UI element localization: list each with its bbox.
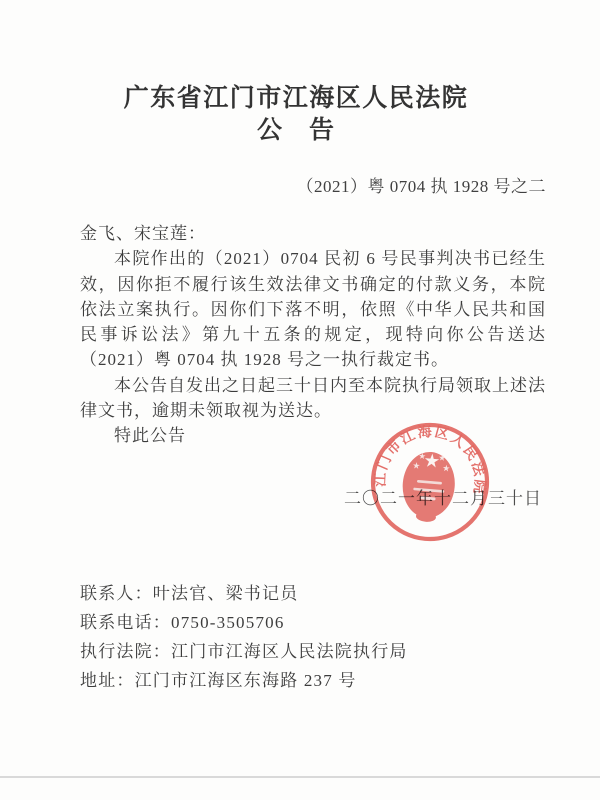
contact-phone-line: 联系电话：0750-3505706	[80, 608, 550, 637]
official-court-seal: 江门市江海区人民法院	[364, 416, 496, 548]
court-name: 广东省江门市江海区人民法院	[0, 84, 592, 114]
contact-block: 联系人：叶法官、梁书记员 联系电话：0750-3505706 执行法院：江门市江…	[80, 579, 550, 695]
announcement-title: 公 告	[0, 116, 592, 146]
body-paragraph-1: 本院作出的（2021）0704 民初 6 号民事判决书已经生效，因你拒不履行该生…	[80, 246, 546, 372]
case-number: （2021）粤 0704 执 1928 号之二	[297, 172, 547, 197]
announcement-body: 金飞、宋宝莲： 本院作出的（2021）0704 民初 6 号民事判决书已经生效，…	[80, 221, 546, 449]
address-line: 地址：江门市江海区东海路 237 号	[80, 666, 550, 695]
national-emblem-icon	[400, 450, 458, 524]
scan-paper-edge	[0, 776, 600, 778]
document-header: 广东省江门市江海区人民法院 公 告	[0, 84, 592, 146]
contact-person-line: 联系人：叶法官、梁书记员	[80, 579, 550, 608]
body-paragraph-2: 本公告自发出之日起三十日内至本院执行局领取上述法律文书，逾期未领取视为送达。	[80, 373, 546, 424]
executing-court-line: 执行法院：江门市江海区人民法院执行局	[80, 637, 550, 666]
recipient-line: 金飞、宋宝莲：	[80, 221, 546, 246]
announcement-document: 广东省江门市江海区人民法院 公 告 （2021）粤 0704 执 1928 号之…	[0, 0, 600, 800]
